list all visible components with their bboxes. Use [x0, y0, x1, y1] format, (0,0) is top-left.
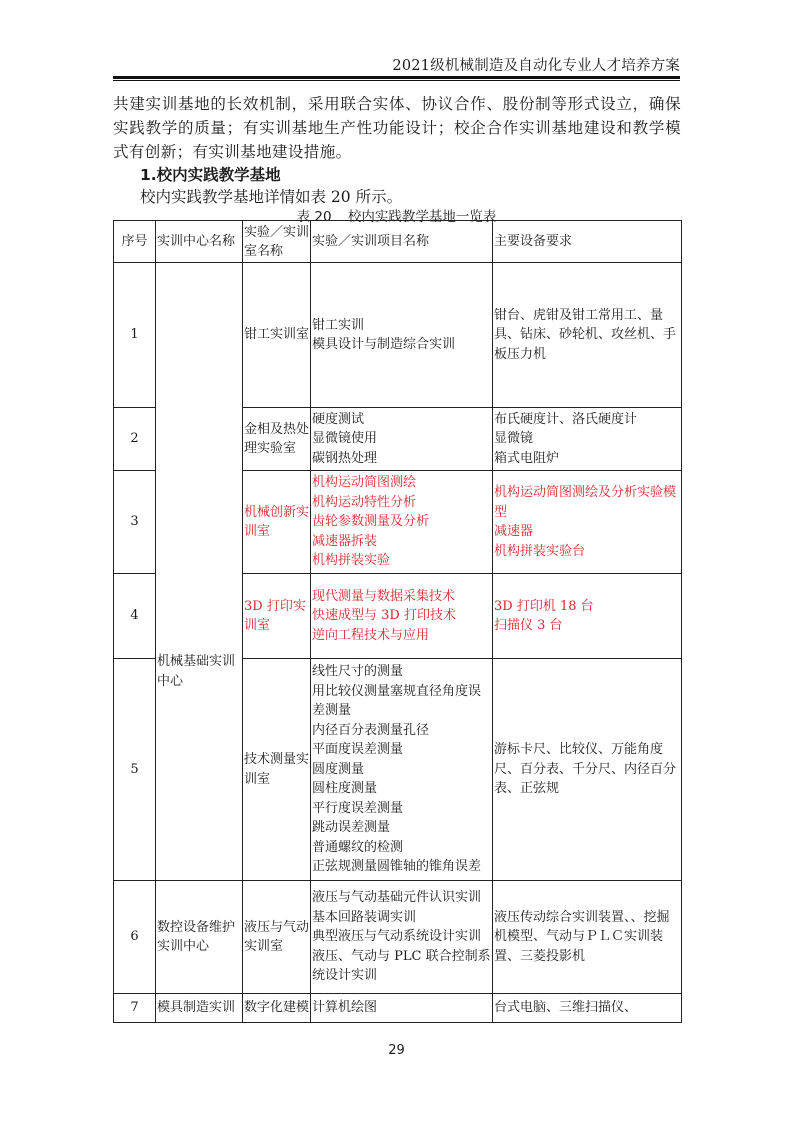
header-no: 序号 — [114, 221, 156, 263]
project-item: 线性尺寸的测量 — [312, 662, 491, 682]
project-item: 碳钢热处理 — [312, 449, 491, 469]
room-name: 液压与气动实训室 — [243, 881, 311, 994]
room-name: 技术测量实训室 — [243, 659, 311, 881]
project-item: 普通螺纹的检测 — [312, 838, 491, 858]
equipment-item: 布氏硬度计、洛氏硬度计 — [494, 410, 680, 430]
project-item: 平面度误差测量 — [312, 740, 491, 760]
running-head: 2021级机械制造及自动化专业人才培养方案 — [113, 54, 680, 75]
equipment: 液压传动综合实训装置、、挖掘机模型、气动与ＰＬＣ实训装置、三菱投影机 — [493, 881, 682, 994]
project-item: 典型液压与气动系统设计实训 — [312, 927, 491, 947]
row-no: 7 — [114, 994, 156, 1023]
project-item: 机构运动特性分析 — [312, 493, 491, 513]
equipment-item: 机构拼装实验台 — [494, 542, 680, 562]
project-item: 齿轮参数测量及分析 — [312, 512, 491, 532]
equipment-item: 箱式电阻炉 — [494, 449, 680, 469]
row-no: 2 — [114, 408, 156, 471]
section-title: 1.校内实践教学基地 — [140, 163, 281, 185]
row-no: 3 — [114, 471, 156, 574]
row-no: 5 — [114, 659, 156, 881]
project-item: 跳动误差测量 — [312, 818, 491, 838]
project-item: 平行度误差测量 — [312, 799, 491, 819]
equipment: 台式电脑、三维扫描仪、 — [493, 994, 682, 1023]
center-name-mold: 模具制造实训 — [156, 994, 243, 1023]
project-list: 液压与气动基础元件认识实训 基本回路装调实训 典型液压与气动系统设计实训 液压、… — [311, 881, 493, 994]
row-no: 1 — [114, 263, 156, 408]
project-list: 硬度测试 显微镜使用 碳钢热处理 — [311, 408, 493, 471]
project-item: 机构拼装实验 — [312, 551, 491, 571]
project-item: 减速器拆装 — [312, 532, 491, 552]
header-rule-thick — [113, 76, 680, 79]
table-row: 7 模具制造实训 数字化建模 计算机绘图 台式电脑、三维扫描仪、 — [114, 994, 682, 1023]
project-item: 现代测量与数据采集技术 — [312, 587, 491, 607]
project-item: 基本回路装调实训 — [312, 908, 491, 928]
project-item: 逆向工程技术与应用 — [312, 626, 491, 646]
header-equipment: 主要设备要求 — [493, 221, 682, 263]
header-center: 实训中心名称 — [156, 221, 243, 263]
project-item: 圆度测量 — [312, 760, 491, 780]
equipment-item: 减速器 — [494, 522, 680, 542]
center-name-mech: 机械基础实训中心 — [156, 263, 243, 881]
project-list: 现代测量与数据采集技术 快速成型与 3D 打印技术 逆向工程技术与应用 — [311, 574, 493, 659]
room-name: 钳工实训室 — [243, 263, 311, 408]
project-item: 硬度测试 — [312, 410, 491, 430]
project-item: 钳工实训 — [312, 316, 491, 336]
row-no: 4 — [114, 574, 156, 659]
project-list: 机构运动简图测绘 机构运动特性分析 齿轮参数测量及分析 减速器拆装 机构拼装实验 — [311, 471, 493, 574]
project-list: 计算机绘图 — [311, 994, 493, 1023]
row-no: 6 — [114, 881, 156, 994]
project-item: 圆柱度测量 — [312, 779, 491, 799]
room-name: 金相及热处理实验室 — [243, 408, 311, 471]
center-name-cnc: 数控设备维护实训中心 — [156, 881, 243, 994]
room-name: 3D 打印实训室 — [243, 574, 311, 659]
project-item: 快速成型与 3D 打印技术 — [312, 606, 491, 626]
project-item: 模具设计与制造综合实训 — [312, 335, 491, 355]
project-item: 正弦规测量圆锥轴的锥角误差 — [312, 857, 491, 877]
equipment-item: 机构运动简图测绘及分析实验模型 — [494, 483, 680, 522]
equipment: 3D 打印机 18 台 扫描仪 3 台 — [493, 574, 682, 659]
equipment-item: 扫描仪 3 台 — [494, 616, 680, 636]
equipment: 游标卡尺、比较仪、万能角度尺、百分表、千分尺、内径百分表、正弦规 — [493, 659, 682, 881]
project-item: 用比较仪测量塞规直径角度误差测量 — [312, 682, 491, 721]
intro-text: 校内实践教学基地详情如表 20 所示。 — [140, 185, 402, 207]
project-item: 计算机绘图 — [312, 998, 491, 1018]
project-item: 液压与气动基础元件认识实训 — [312, 888, 491, 908]
equipment-item: 显微镜 — [494, 429, 680, 449]
table-row: 1 机械基础实训中心 钳工实训室 钳工实训 模具设计与制造综合实训 钳台、虎钳及… — [114, 263, 682, 408]
project-item: 内径百分表测量孔径 — [312, 721, 491, 741]
equipment: 布氏硬度计、洛氏硬度计 显微镜 箱式电阻炉 — [493, 408, 682, 471]
header-room: 实验／实训室名称 — [243, 221, 311, 263]
project-list: 线性尺寸的测量 用比较仪测量塞规直径角度误差测量 内径百分表测量孔径 平面度误差… — [311, 659, 493, 881]
project-item: 显微镜使用 — [312, 429, 491, 449]
equipment: 机构运动简图测绘及分析实验模型 减速器 机构拼装实验台 — [493, 471, 682, 574]
equipment: 钳台、虎钳及钳工常用工、量具、钻床、砂轮机、攻丝机、手板压力机 — [493, 263, 682, 408]
page-number: 29 — [0, 1043, 793, 1058]
table-header-row: 序号 实训中心名称 实验／实训室名称 实验／实训项目名称 主要设备要求 — [114, 221, 682, 263]
table-row: 6 数控设备维护实训中心 液压与气动实训室 液压与气动基础元件认识实训 基本回路… — [114, 881, 682, 994]
room-name: 数字化建模 — [243, 994, 311, 1023]
equipment-item: 3D 打印机 18 台 — [494, 597, 680, 617]
header-project: 实验／实训项目名称 — [311, 221, 493, 263]
training-base-table: 序号 实训中心名称 实验／实训室名称 实验／实训项目名称 主要设备要求 1 机械… — [113, 220, 682, 1023]
project-item: 液压、气动与 PLC 联合控制系统设计实训 — [312, 947, 491, 986]
body-paragraph: 共建实训基地的长效机制，采用联合实体、协议合作、股份制等形式设立，确保实践教学的… — [113, 92, 681, 164]
project-item: 机构运动简图测绘 — [312, 473, 491, 493]
header-rule-thin — [113, 80, 680, 81]
project-list: 钳工实训 模具设计与制造综合实训 — [311, 263, 493, 408]
room-name: 机械创新实训室 — [243, 471, 311, 574]
